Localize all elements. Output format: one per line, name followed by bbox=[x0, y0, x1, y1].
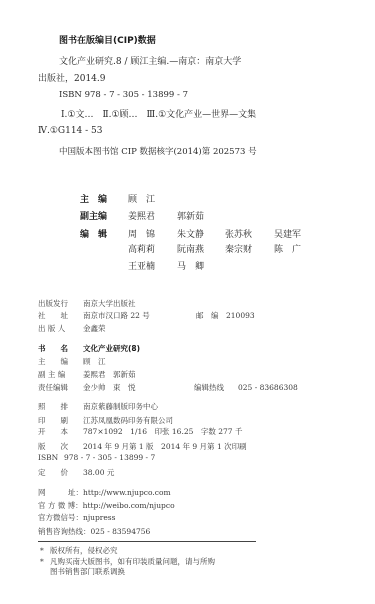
cip-data-number: 中国版本图书馆 CIP 数据核字(2014)第 202573 号 bbox=[59, 148, 257, 157]
typeset-value: 南京紫藤制版印务中心 bbox=[83, 403, 158, 411]
wechat-value: njupress bbox=[83, 513, 116, 522]
postcode-label: 邮 编 bbox=[196, 312, 219, 320]
wechat-row: 官方微信号：njupress bbox=[38, 514, 116, 522]
typeset-label: 照 排 bbox=[38, 403, 68, 411]
format-value: 787×1092 1/16 印张 16.25 字数 277 千 bbox=[83, 428, 242, 436]
deputy-editor-name: 郭新茹 bbox=[177, 213, 204, 222]
format-label: 开 本 bbox=[38, 428, 68, 436]
website-link[interactable]: http://www.njupco.com bbox=[83, 488, 171, 497]
editor-name: 陈 广 bbox=[274, 246, 301, 255]
isbn-label: ISBN bbox=[38, 454, 58, 462]
notice-quality-1: 凡购买南大版图书，如有印装质量问题，请与所购 bbox=[50, 558, 215, 566]
editor-name: 马 卿 bbox=[177, 263, 204, 272]
weibo-row: 官 方 微 博：http://weibo.com/njupco bbox=[38, 502, 175, 510]
cip-line-2: 出版社，2014.9 bbox=[38, 75, 106, 84]
cip-line-1: 文化产业研究.8 / 顾江主编.—南京：南京大学 bbox=[59, 58, 241, 67]
chief-editor-name: 顾 江 bbox=[128, 196, 155, 205]
website-label: 网 址： bbox=[38, 488, 83, 497]
hotline-label: 编辑热线 bbox=[194, 384, 224, 392]
deputy-editor-name: 姜熙君 bbox=[128, 213, 155, 222]
responsible-editor-value: 金少帅 束 悦 bbox=[83, 384, 136, 392]
editor-name: 阮南燕 bbox=[177, 246, 204, 255]
address-value: 南京市汉口路 22 号 bbox=[83, 312, 150, 320]
isbn-value: 978 - 7 - 305 - 13899 - 7 bbox=[64, 454, 155, 462]
notice-bullet-icon: * bbox=[40, 558, 44, 566]
notice-bullet-icon: * bbox=[40, 547, 44, 555]
editor-name: 吴建军 bbox=[274, 231, 301, 240]
book-chief-label: 主 编 bbox=[38, 358, 68, 366]
postcode-value: 210093 bbox=[226, 312, 255, 320]
book-deputy-label: 副 主 编 bbox=[38, 371, 65, 379]
publisher-person-value: 金鑫荣 bbox=[83, 325, 106, 333]
notice-quality-2: 图书销售部门联系调换 bbox=[50, 568, 125, 576]
cip-classification-2: Ⅳ.①G114 - 53 bbox=[38, 127, 103, 136]
cip-classification-1: Ⅰ.①文… Ⅱ.①顾… Ⅲ.①文化产业—世界—文集 bbox=[61, 111, 256, 120]
issuer-label: 出版发行 bbox=[38, 300, 68, 308]
printing-label: 印 刷 bbox=[38, 417, 68, 425]
book-title-label: 书 名 bbox=[38, 345, 68, 353]
sales-value: 025 - 83594756 bbox=[91, 527, 151, 536]
notice-copyright: 版权所有，侵权必究 bbox=[50, 547, 118, 555]
sales-row: 销售咨询热线：025 - 83594756 bbox=[38, 528, 150, 536]
editor-name: 周 锦 bbox=[128, 231, 155, 240]
book-title-value: 文化产业研究(8) bbox=[83, 345, 140, 353]
cip-heading: 图书在版编目(CIP)数据 bbox=[59, 37, 156, 46]
weibo-label: 官 方 微 博： bbox=[38, 501, 83, 510]
weibo-link[interactable]: http://weibo.com/njupco bbox=[83, 501, 175, 510]
book-chief-value: 顾 江 bbox=[83, 358, 106, 366]
divider-rule bbox=[38, 541, 256, 542]
edition-value: 2014 年 9 月第 1 版 2014 年 9 月第 1 次印刷 bbox=[83, 443, 247, 451]
issuer-value: 南京大学出版社 bbox=[83, 300, 136, 308]
publisher-person-label: 出 版 人 bbox=[38, 325, 65, 333]
hotline-value: 025 - 83686308 bbox=[238, 384, 298, 392]
chief-editor-label: 主 编 bbox=[80, 196, 107, 205]
responsible-editor-label: 责任编辑 bbox=[38, 384, 68, 392]
editor-name: 张苏秋 bbox=[225, 231, 252, 240]
cip-isbn: ISBN 978 - 7 - 305 - 13899 - 7 bbox=[59, 91, 188, 100]
book-deputy-value: 姜熙君 郭新茹 bbox=[83, 371, 136, 379]
price-label: 定 价 bbox=[38, 469, 68, 477]
editor-name: 王亚楠 bbox=[128, 263, 155, 272]
editor-name: 高莉莉 bbox=[128, 246, 155, 255]
editors-label: 编 辑 bbox=[80, 231, 107, 240]
address-label: 社 址 bbox=[38, 312, 68, 320]
edition-label: 版 次 bbox=[38, 443, 68, 451]
website-row: 网 址：http://www.njupco.com bbox=[38, 489, 171, 497]
deputy-editor-label: 副主编 bbox=[80, 213, 107, 222]
price-value: 38.00 元 bbox=[83, 469, 114, 477]
wechat-label: 官方微信号： bbox=[38, 513, 83, 522]
printing-value: 江苏凤凰数码印务有限公司 bbox=[83, 417, 173, 425]
editor-name: 朱文静 bbox=[177, 231, 204, 240]
editor-name: 秦宗财 bbox=[225, 246, 252, 255]
sales-label: 销售咨询热线： bbox=[38, 527, 91, 536]
